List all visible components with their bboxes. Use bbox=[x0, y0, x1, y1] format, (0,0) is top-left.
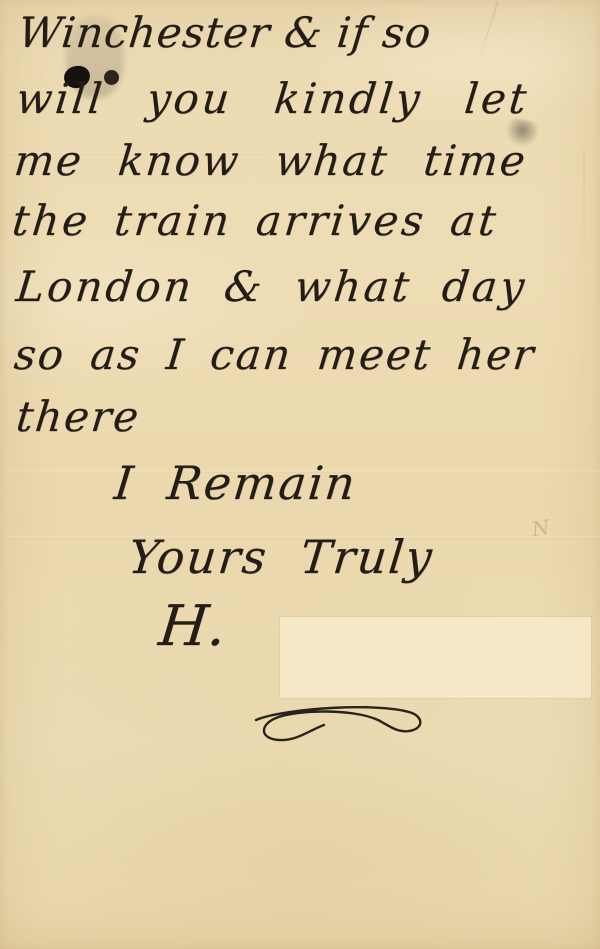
pencil-mark: N bbox=[530, 515, 551, 541]
letter-line-3: me know what time bbox=[12, 138, 529, 184]
letter-line-4: the train arrives at bbox=[10, 198, 501, 244]
redaction-box bbox=[280, 617, 591, 698]
signature-initial: H. bbox=[156, 596, 229, 658]
signature-flourish-icon bbox=[250, 698, 428, 752]
letter-line-1: Winchester & if so bbox=[16, 10, 434, 56]
letter-scan: Winchester & if so will you kindly let m… bbox=[0, 0, 600, 949]
letter-line-2: will you kindly let bbox=[14, 76, 531, 122]
closing-line-remain: I Remain bbox=[112, 458, 359, 509]
letter-line-6: so as I can meet her bbox=[12, 332, 538, 378]
letter-line-7: there bbox=[14, 394, 143, 440]
letter-line-5: London & what day bbox=[14, 264, 529, 310]
closing-line-yours-truly: Yours Truly bbox=[126, 532, 436, 583]
